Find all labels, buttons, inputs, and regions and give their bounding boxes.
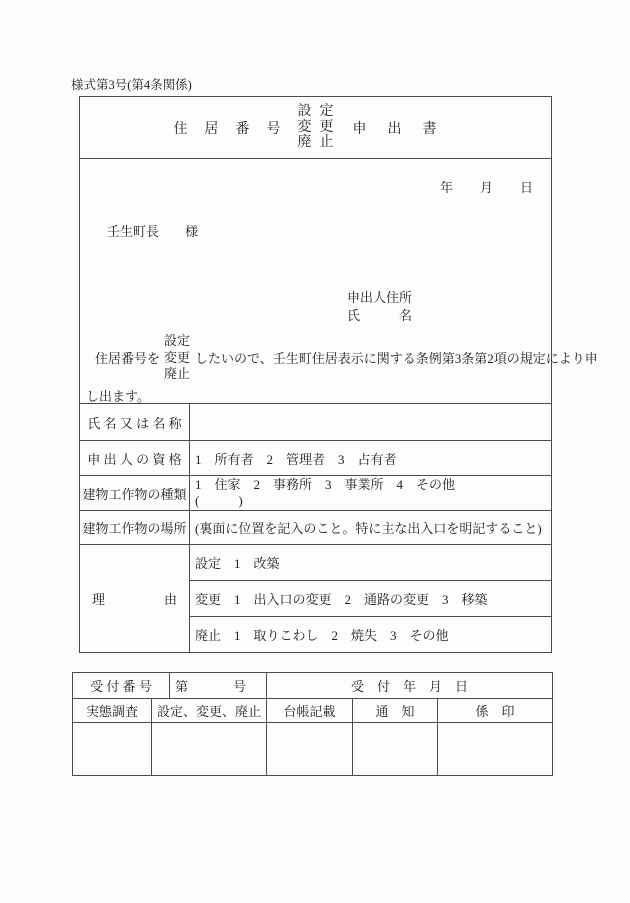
office-row-blank [73, 723, 552, 775]
office-row-headers: 実態調査 設定、変更、廃止 台帳記載 通 知 係 印 [73, 699, 552, 723]
title-text-right: 申出書 [353, 118, 458, 138]
declaration-paragraph: 住居番号を 設定 変更 廃止 したいので、壬生町住居表示に関する条例第3条第2項… [86, 333, 548, 405]
form-note: 様式第3号(第4条関係) [71, 75, 192, 93]
table-row-building-place: 建物工作物の場所 (裏面に位置を記入のこと。特に主な出入口を明記すること) [80, 510, 551, 544]
receipt-no-suffix: 号 [233, 676, 246, 695]
main-form-box: 住居番号 設定 変更 廃止 申出書 年 月 日 壬生町長 様 申出人住所 氏 名 [79, 96, 552, 653]
survey-blank-cell [73, 723, 152, 775]
set-change-abolish-header: 設定、変更、廃止 [152, 699, 267, 722]
receipt-date-label: 受 付 年 月 日 [267, 673, 552, 698]
set-change-abolish-blank-cell [152, 723, 267, 775]
declaration-pre-text: 住居番号を [95, 348, 160, 367]
building-kind-options: 1 住家 2 事務所 3 事業所 4 その他 ( ) [190, 476, 551, 510]
declaration-options-stack: 設定 変更 廃止 [164, 333, 190, 383]
notification-header: 通 知 [353, 699, 438, 722]
receipt-no-prefix: 第 [175, 676, 188, 695]
reason-label-char2: 由 [164, 589, 177, 608]
name-last-char: 名 [399, 305, 412, 324]
qualification-label: 申 出 人 の 資 格 [80, 441, 190, 475]
date-day-label: 日 [520, 177, 533, 196]
office-row-receipt: 受 付 番 号 第 号 受 付 年 月 日 [73, 673, 552, 699]
reason-change-options: 変更 1 出入口の変更 2 通路の変更 3 移築 [190, 580, 551, 616]
date-month-label: 月 [480, 177, 493, 196]
date-line: 年 月 日 [440, 177, 533, 196]
declaration-line-2: し出ます。 [86, 386, 548, 405]
name-first-char: 氏 [347, 305, 360, 324]
title-text-left: 住居番号 [174, 118, 298, 138]
ledger-entry-header: 台帳記載 [267, 699, 353, 722]
receipt-number-cell: 第 号 [170, 673, 267, 698]
table-row-name: 氏 名 又 は 名 称 [80, 403, 551, 440]
office-use-table: 受 付 番 号 第 号 受 付 年 月 日 実態調査 設定、変更、廃止 台帳記載… [72, 672, 553, 776]
declaration-option-change: 変更 [164, 350, 190, 367]
table-row-qualification: 申 出 人 の 資 格 1 所有者 2 管理者 3 占有者 [80, 440, 551, 475]
staff-seal-header: 係 印 [438, 699, 552, 722]
building-place-note: (裏面に位置を記入のこと。特に主な出入口を明記すること) [190, 511, 551, 544]
reason-set-options: 設定 1 改築 [190, 545, 551, 580]
reason-options-column: 設定 1 改築 変更 1 出入口の変更 2 通路の変更 3 移築 廃止 1 取り… [190, 545, 551, 652]
form-title: 住居番号 設定 変更 廃止 申出書 [80, 97, 551, 159]
declaration-option-set: 設定 [164, 333, 190, 350]
reason-label-char1: 理 [92, 589, 105, 608]
declaration-post-text: したいので、壬生町住居表示に関する条例第3条第2項の規定により申 [195, 348, 598, 367]
applicant-name-label: 氏 名 [347, 305, 412, 324]
reason-label: 理 由 [80, 545, 190, 652]
notification-blank-cell [353, 723, 438, 775]
title-option-change: 変更 [298, 120, 342, 136]
building-kind-line2: ( ) [195, 493, 243, 509]
building-kind-label: 建物工作物の種類 [80, 476, 190, 510]
date-year-label: 年 [440, 177, 453, 196]
table-row-reason: 理 由 設定 1 改築 変更 1 出入口の変更 2 通路の変更 3 移築 廃止 … [80, 544, 551, 652]
building-place-label: 建物工作物の場所 [80, 511, 190, 544]
ledger-entry-blank-cell [267, 723, 353, 775]
receipt-number-label: 受 付 番 号 [73, 673, 170, 698]
name-value-cell [190, 404, 551, 440]
qualification-options: 1 所有者 2 管理者 3 占有者 [190, 441, 551, 475]
staff-seal-blank-cell [438, 723, 552, 775]
reason-abolish-options: 廃止 1 取りこわし 2 焼失 3 その他 [190, 616, 551, 652]
title-options-stack: 設定 変更 廃止 [298, 104, 342, 151]
applicant-address-label: 申出人住所 [347, 287, 412, 306]
form-header-section: 年 月 日 壬生町長 様 申出人住所 氏 名 住居番号を 設定 変更 廃止 した [80, 159, 551, 403]
title-option-set: 設定 [298, 104, 342, 120]
name-label: 氏 名 又 は 名 称 [80, 404, 190, 440]
declaration-line-1: 住居番号を 設定 変更 廃止 したいので、壬生町住居表示に関する条例第3条第2項… [86, 333, 548, 383]
declaration-option-abolish: 廃止 [164, 366, 190, 383]
building-kind-line1: 1 住家 2 事務所 3 事業所 4 その他 [195, 477, 455, 493]
addressee: 壬生町長 様 [107, 221, 198, 240]
title-option-abolish: 廃止 [298, 135, 342, 151]
survey-header: 実態調査 [73, 699, 152, 722]
table-row-building-kind: 建物工作物の種類 1 住家 2 事務所 3 事業所 4 その他 ( ) [80, 475, 551, 510]
